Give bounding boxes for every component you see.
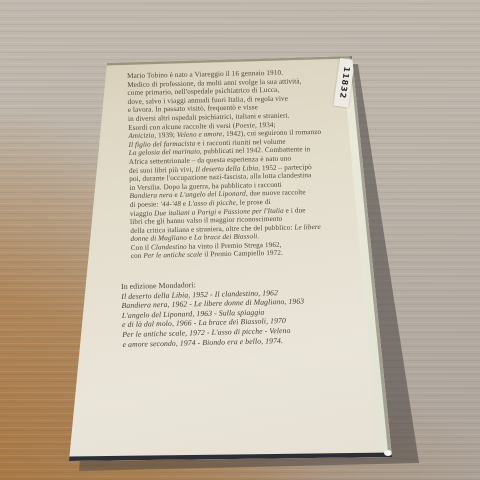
catalog-block: In edizione Mondadori: Il deserto della … (121, 278, 305, 350)
inventory-number: 11832 (337, 66, 350, 100)
corner-glint (384, 450, 392, 456)
book-photo-scene: Mario Tobino è nato a Viareggio il 16 ge… (0, 0, 480, 480)
catalog-lines: Il deserto della Libia, 1952 - Il clande… (121, 287, 305, 349)
